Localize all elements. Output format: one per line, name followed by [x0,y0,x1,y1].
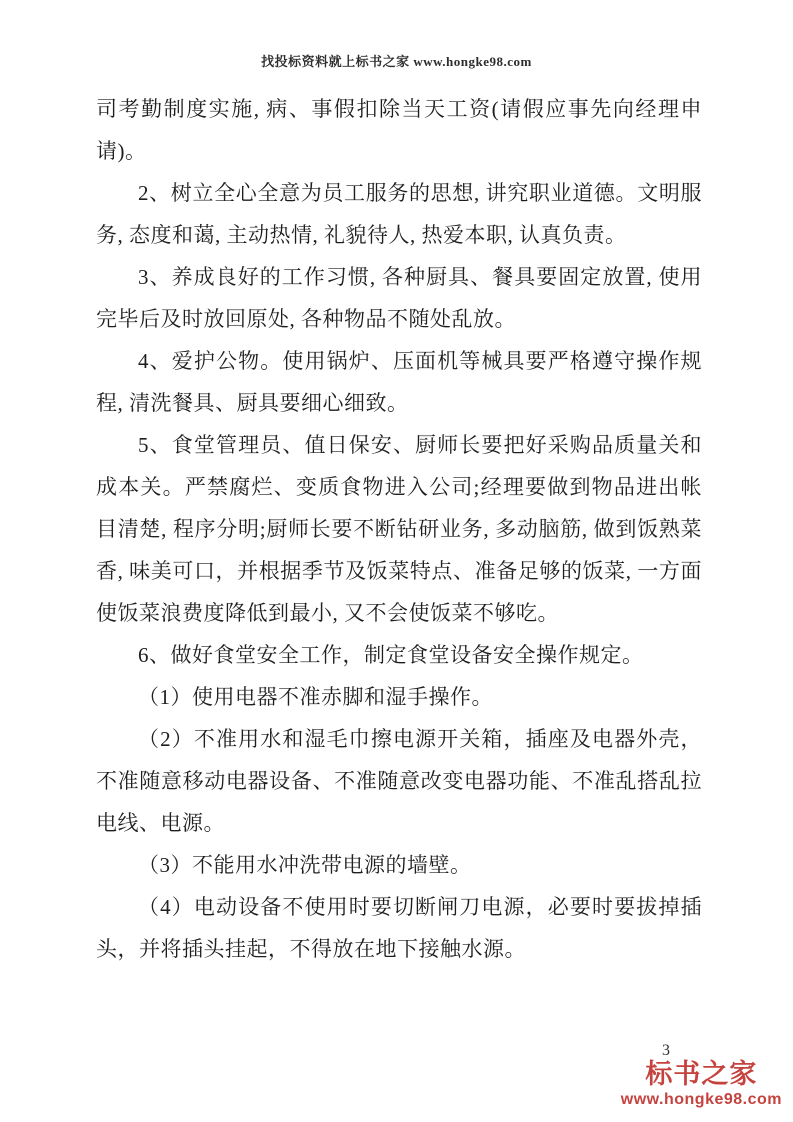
paragraph-rule-2: 2、树立全心全意为员工服务的思想, 讲究职业道德。文明服务, 态度和蔼, 主动热… [96,172,702,256]
paragraph-rule-6: 6、做好食堂安全工作，制定食堂设备安全操作规定。 [96,634,702,676]
paragraph-rule-5: 5、食堂管理员、值日保安、厨师长要把好采购品质量关和成本关。严禁腐烂、变质食物进… [96,424,702,634]
paragraph-sub-rule-1: （1）使用电器不准赤脚和湿手操作。 [96,676,702,718]
paragraph-rule-4: 4、爱护公物。使用锅炉、压面机等械具要严格遵守操作规程, 清洗餐具、厨具要细心细… [96,340,702,424]
paragraph-sub-rule-3: （3）不能用水冲洗带电源的墙壁。 [96,844,702,886]
brand-logo: 标书之家 www.hongke98.com [621,1057,782,1108]
header-watermark: 找投标资料就上标书之家 www.hongke98.com [0,51,793,71]
paragraph-continuation: 司考勤制度实施, 病、事假扣除当天工资(请假应事先向经理申请)。 [96,88,702,172]
document-body: 司考勤制度实施, 病、事假扣除当天工资(请假应事先向经理申请)。 2、树立全心全… [96,88,702,970]
header-watermark-text: 找投标资料就上标书之家 www.hongke98.com [261,54,532,69]
paragraph-sub-rule-4: （4）电动设备不使用时要切断闸刀电源，必要时要拔掉插头，并将插头挂起，不得放在地… [96,886,702,970]
paragraph-sub-rule-2: （2）不准用水和湿毛巾擦电源开关箱，插座及电器外壳，不准随意移动电器设备、不准随… [96,718,702,844]
brand-logo-title: 标书之家 [621,1057,782,1091]
paragraph-rule-3: 3、养成良好的工作习惯, 各种厨具、餐具要固定放置, 使用完毕后及时放回原处, … [96,256,702,340]
document-page: 找投标资料就上标书之家 www.hongke98.com 司考勤制度实施, 病、… [0,0,793,1122]
brand-logo-url: www.hongke98.com [621,1091,782,1108]
